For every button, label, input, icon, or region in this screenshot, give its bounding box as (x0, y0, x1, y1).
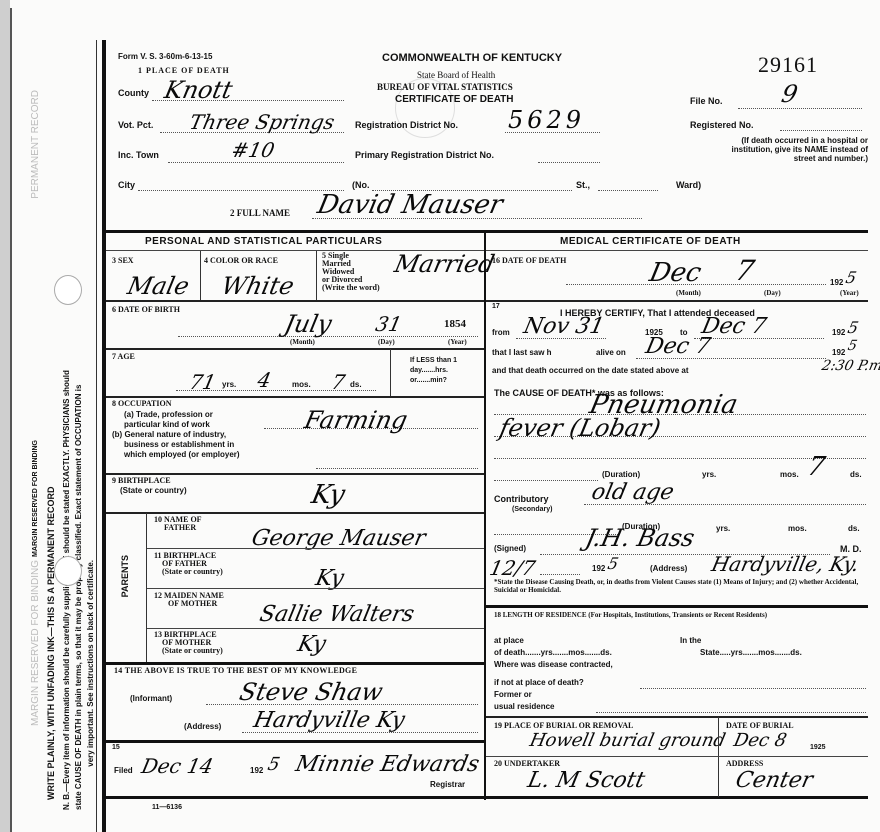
rule (486, 716, 868, 718)
full-name-value: David Mauser (315, 190, 506, 220)
rule (106, 300, 484, 302)
filed-year-prefix: 192 (250, 766, 263, 775)
signed-label: (Signed) (494, 544, 526, 553)
vrule (200, 251, 201, 301)
signed-date-value: 12/7 (487, 556, 537, 580)
cause-footnote: *State the Disease Causing Death, or, in… (494, 578, 866, 594)
informant-value: Steve Shaw (237, 678, 385, 706)
inc-town-label: Inc. Town (118, 150, 159, 160)
undertaker-address-label: ADDRESS (726, 759, 763, 768)
dod-day-caption: (Day) (764, 289, 781, 297)
last-saw-year: 5 (846, 338, 858, 354)
date-of-death-label: 16 DATE OF DEATH (492, 256, 566, 265)
margin-ghost-text-bottom: MARGIN RESERVED FOR BINDING (30, 560, 41, 726)
rule (147, 588, 484, 589)
margin-ghost-text-top: PERMANENT RECORD (30, 90, 41, 199)
duration-yrs-label: yrs. (702, 470, 716, 479)
burial-date-year: 1925 (810, 744, 826, 751)
dod-day: 7 (732, 254, 757, 287)
sex-label: 3 SEX (112, 256, 134, 265)
certify-number: 17 (492, 303, 500, 310)
occ-b-line3: which employed (or employer) (124, 450, 240, 460)
rule (106, 348, 484, 350)
registered-no-label: Registered No. (690, 120, 754, 130)
occ-a-line2: particular kind of work (124, 420, 240, 430)
mother-birthplace-label: 13 BIRTHPLACE OF MOTHER (State or countr… (154, 631, 223, 655)
age-mos-label: mos. (292, 380, 311, 389)
duration-ds-label: ds. (850, 470, 862, 479)
margin-rule (96, 40, 97, 832)
ward-label: Ward) (676, 180, 701, 190)
burial-date-value: Dec 8 (732, 730, 789, 751)
occupation-line-b (316, 468, 478, 469)
less-than-line1: If LESS than 1 (410, 356, 457, 366)
burial-divider (718, 717, 719, 797)
residence-if-not: if not at place of death? (494, 678, 584, 687)
physician-address-value: Hardyville, Ky. (709, 552, 861, 576)
margin-instruction-4: very important. See instructions on back… (86, 560, 95, 767)
death-time-value: 2:30 P.m. (820, 358, 880, 374)
undertaker-value: L. M Scott (525, 768, 647, 793)
less-than-day: If LESS than 1 day.......hrs. or.......m… (410, 356, 457, 386)
residence-label: 18 LENGTH OF RESIDENCE (For Hospitals, I… (494, 610, 864, 620)
table-top-rule (106, 230, 868, 233)
occupation-label: 8 OCCUPATION (112, 399, 171, 408)
signed-year-value: 5 (606, 554, 620, 573)
father-name-label: 10 NAME OF FATHER (154, 516, 202, 532)
duration-mos-label: mos. (780, 470, 799, 479)
dob-day-caption: (Day) (378, 338, 395, 346)
address-no-label: (No. (352, 180, 370, 190)
table-bottom-rule (106, 796, 868, 799)
vot-pct-label: Vot. Pct. (118, 120, 153, 130)
residence-former: Former or (494, 690, 532, 699)
file-no-label: File No. (690, 96, 723, 106)
rule (106, 512, 484, 514)
less-than-line3: or.......min? (410, 376, 457, 386)
signed-year-prefix: 192 (592, 564, 605, 573)
duration-label: (Duration) (602, 470, 640, 479)
duration-line (494, 480, 598, 481)
usual-residence-line (596, 712, 866, 713)
father-birthplace-label: 11 BIRTHPLACE OF FATHER (State or countr… (154, 552, 223, 576)
occ-a-line1: (a) Trade, profession or (124, 410, 240, 420)
duration2-yrs-label: yrs. (716, 524, 730, 533)
city-label: City (118, 180, 135, 190)
rule (486, 605, 868, 608)
death-certificate: PERMANENT RECORD MARGIN RESERVED FOR BIN… (0, 0, 880, 832)
rule (106, 740, 484, 743)
secondary-label: (Secondary) (512, 506, 552, 513)
mother-name-label: 12 MAIDEN NAME OF MOTHER (154, 592, 224, 608)
age-months: 4 (255, 368, 273, 392)
registrar-label: Registrar (430, 780, 465, 789)
birthplace-sub: (State or country) (120, 486, 187, 495)
place-of-death-label: 1 PLACE OF DEATH (138, 66, 230, 75)
primary-reg-line (538, 162, 600, 163)
age-line (176, 390, 376, 391)
informant-address-label: (Address) (184, 722, 221, 731)
street-label: St., (576, 180, 590, 190)
informant-label: (Informant) (130, 694, 172, 703)
center-divider (484, 230, 486, 800)
footer-code: 11—6136 (152, 804, 182, 811)
occ-b-line2: business or establishment in (124, 440, 240, 450)
vot-pct-value: Three Springs (187, 110, 336, 134)
file-no-line (738, 108, 862, 109)
duration2-mos-label: mos. (788, 524, 807, 533)
filed-date-value: Dec 14 (139, 754, 215, 778)
personal-header: PERSONAL AND STATISTICAL PARTICULARS (145, 236, 382, 247)
margin-instruction-2: N. B.—Every item of information should b… (62, 90, 71, 810)
inc-town-line (168, 162, 344, 163)
duration2-ds-label: ds. (848, 524, 860, 533)
rule (486, 300, 868, 302)
informant-statement: 14 THE ABOVE IS TRUE TO THE BEST OF MY K… (114, 666, 357, 675)
marital-instruction: (Write the word) (322, 284, 380, 292)
age-label: 7 AGE (112, 352, 135, 361)
punch-hole-bottom (54, 556, 82, 586)
birthplace-label: 9 BIRTHPLACE (112, 476, 171, 485)
dob-month: July (282, 310, 334, 338)
dod-year: 5 (844, 268, 858, 287)
undertaker-address-value: Center (733, 768, 815, 793)
stamp-number: 29161 (758, 52, 818, 78)
rule (147, 548, 484, 549)
contributory-value: old age (589, 480, 676, 505)
dod-month: Dec (647, 258, 704, 288)
rule (106, 662, 484, 665)
dob-month-caption: (Month) (290, 338, 315, 346)
undertaker-label: 20 UNDERTAKER (494, 759, 560, 768)
county-label: County (118, 88, 149, 98)
dod-year-caption: (Year) (840, 289, 859, 297)
file-no-value: 9 (779, 80, 800, 108)
full-name-label: 2 FULL NAME (230, 208, 290, 218)
margin-reserved-label: MARGIN RESERVED FOR BINDING (32, 440, 39, 557)
race-value: White (219, 272, 297, 300)
duration-days-value: 7 (805, 452, 828, 482)
inc-town-value: #10 (229, 138, 276, 162)
certificate-title: CERTIFICATE OF DEATH (395, 94, 514, 105)
hospital-note: (If death occurred in a hospital or inst… (728, 136, 868, 163)
vrule (316, 251, 317, 301)
burial-date-label: DATE OF BURIAL (726, 721, 794, 730)
last-saw-label-2: alive on (596, 348, 626, 357)
death-occurred-label: and that death occurred on the date stat… (492, 366, 688, 375)
bureau-title: BUREAU OF VITAL STATISTICS (377, 82, 513, 92)
residence-at-place: at place (494, 636, 524, 645)
rule (106, 473, 484, 475)
filed-number: 15 (112, 744, 120, 751)
birthplace-value: Ky (309, 480, 348, 510)
mother-name-label-2: OF MOTHER (168, 600, 224, 608)
rule (486, 756, 868, 757)
physician-signature: J.H. Bass (583, 524, 697, 552)
dob-day: 31 (373, 312, 404, 336)
residence-where-contracted: Where was disease contracted, (494, 660, 613, 669)
last-saw-year-prefix: 192 (832, 348, 845, 357)
residence-in-the: In the (680, 636, 701, 645)
signed-date-line (540, 574, 580, 575)
medical-header: MEDICAL CERTIFICATE OF DEATH (560, 236, 741, 247)
if-not-line (640, 688, 866, 689)
parents-side-label: PARENTS (120, 555, 130, 597)
mother-bp-label-3: (State or country) (162, 647, 223, 655)
attended-from-label: from (492, 328, 510, 337)
county-value: Knott (162, 76, 235, 104)
form-number: Form V. S. 3-60m-6-13-15 (118, 52, 212, 61)
dob-year-caption: (Year) (448, 338, 467, 346)
sex-value: Male (125, 272, 192, 300)
filed-year-value: 5 (266, 754, 282, 775)
form-left-rule (102, 40, 106, 832)
rule (147, 628, 484, 629)
contributory-label: Contributory (494, 494, 549, 504)
cause-line2-value: fever (Lobar) (497, 414, 663, 442)
reg-district-label: Registration District No. (355, 120, 458, 130)
marital-value: Married (392, 250, 497, 278)
rule (106, 396, 484, 398)
burial-place-label: 19 PLACE OF BURIAL OR REMOVAL (494, 721, 633, 730)
physician-address-label: (Address) (650, 564, 687, 573)
dob-label: 6 DATE OF BIRTH (112, 305, 180, 314)
residence-of-death: of death.......yrs.......mos.......ds. (494, 648, 612, 657)
occupation-instructions: (a) Trade, profession or particular kind… (124, 410, 240, 460)
father-name-label-2: FATHER (164, 524, 202, 532)
residence-state: State.....yrs.......mos.......ds. (700, 648, 802, 657)
burial-place-value: Howell burial ground (528, 730, 728, 751)
rule (486, 250, 868, 251)
father-bp-label-3: (State or country) (162, 568, 223, 576)
last-saw-label: that I last saw h (492, 348, 552, 357)
margin-instruction-1: WRITE PLAINLY, WITH UNFADING INK—THIS IS… (46, 190, 56, 800)
registrar-signature: Minnie Edwards (293, 752, 481, 777)
attended-from-value: Nov 31 (521, 314, 606, 339)
age-yrs-label: yrs. (222, 380, 236, 389)
scan-edge (0, 0, 10, 832)
primary-reg-label: Primary Registration District No. (355, 150, 494, 160)
last-saw-value: Dec 7 (643, 334, 712, 359)
board-of-health: State Board of Health (417, 70, 495, 80)
city-line (138, 190, 344, 191)
attended-to-year-prefix: 192 (832, 328, 845, 337)
occupation-value: Farming (302, 406, 410, 434)
marital-label: 5 Single Married Widowed or Divorced (Wr… (322, 252, 380, 292)
age-ds-label: ds. (350, 380, 362, 389)
reg-district-value: 5629 (508, 106, 585, 134)
margin-instruction-3: state CAUSE OF DEATH in plain terms, so … (74, 90, 83, 810)
street-line (598, 190, 658, 191)
occ-b-line1: (b) General nature of industry, (112, 430, 240, 440)
less-than-line2: day.......hrs. (410, 366, 457, 376)
state-title: COMMONWEALTH OF KENTUCKY (382, 52, 562, 64)
parents-divider (146, 513, 147, 665)
vrule (390, 349, 391, 396)
dob-year: 1854 (444, 318, 466, 330)
punch-hole-top (54, 275, 82, 305)
informant-address-value: Hardyville Ky (251, 708, 407, 733)
mother-birthplace-value: Ky (295, 632, 328, 657)
mother-name-value: Sallie Walters (257, 602, 416, 627)
dod-month-caption: (Month) (676, 289, 701, 297)
residence-usual: usual residence (494, 702, 554, 711)
dod-year-prefix: 192 (830, 278, 843, 287)
left-border (10, 8, 12, 832)
filed-label: Filed (114, 766, 133, 775)
race-label: 4 COLOR OR RACE (204, 256, 278, 265)
attended-to-year: 5 (846, 318, 860, 337)
registered-no-line (780, 130, 862, 131)
